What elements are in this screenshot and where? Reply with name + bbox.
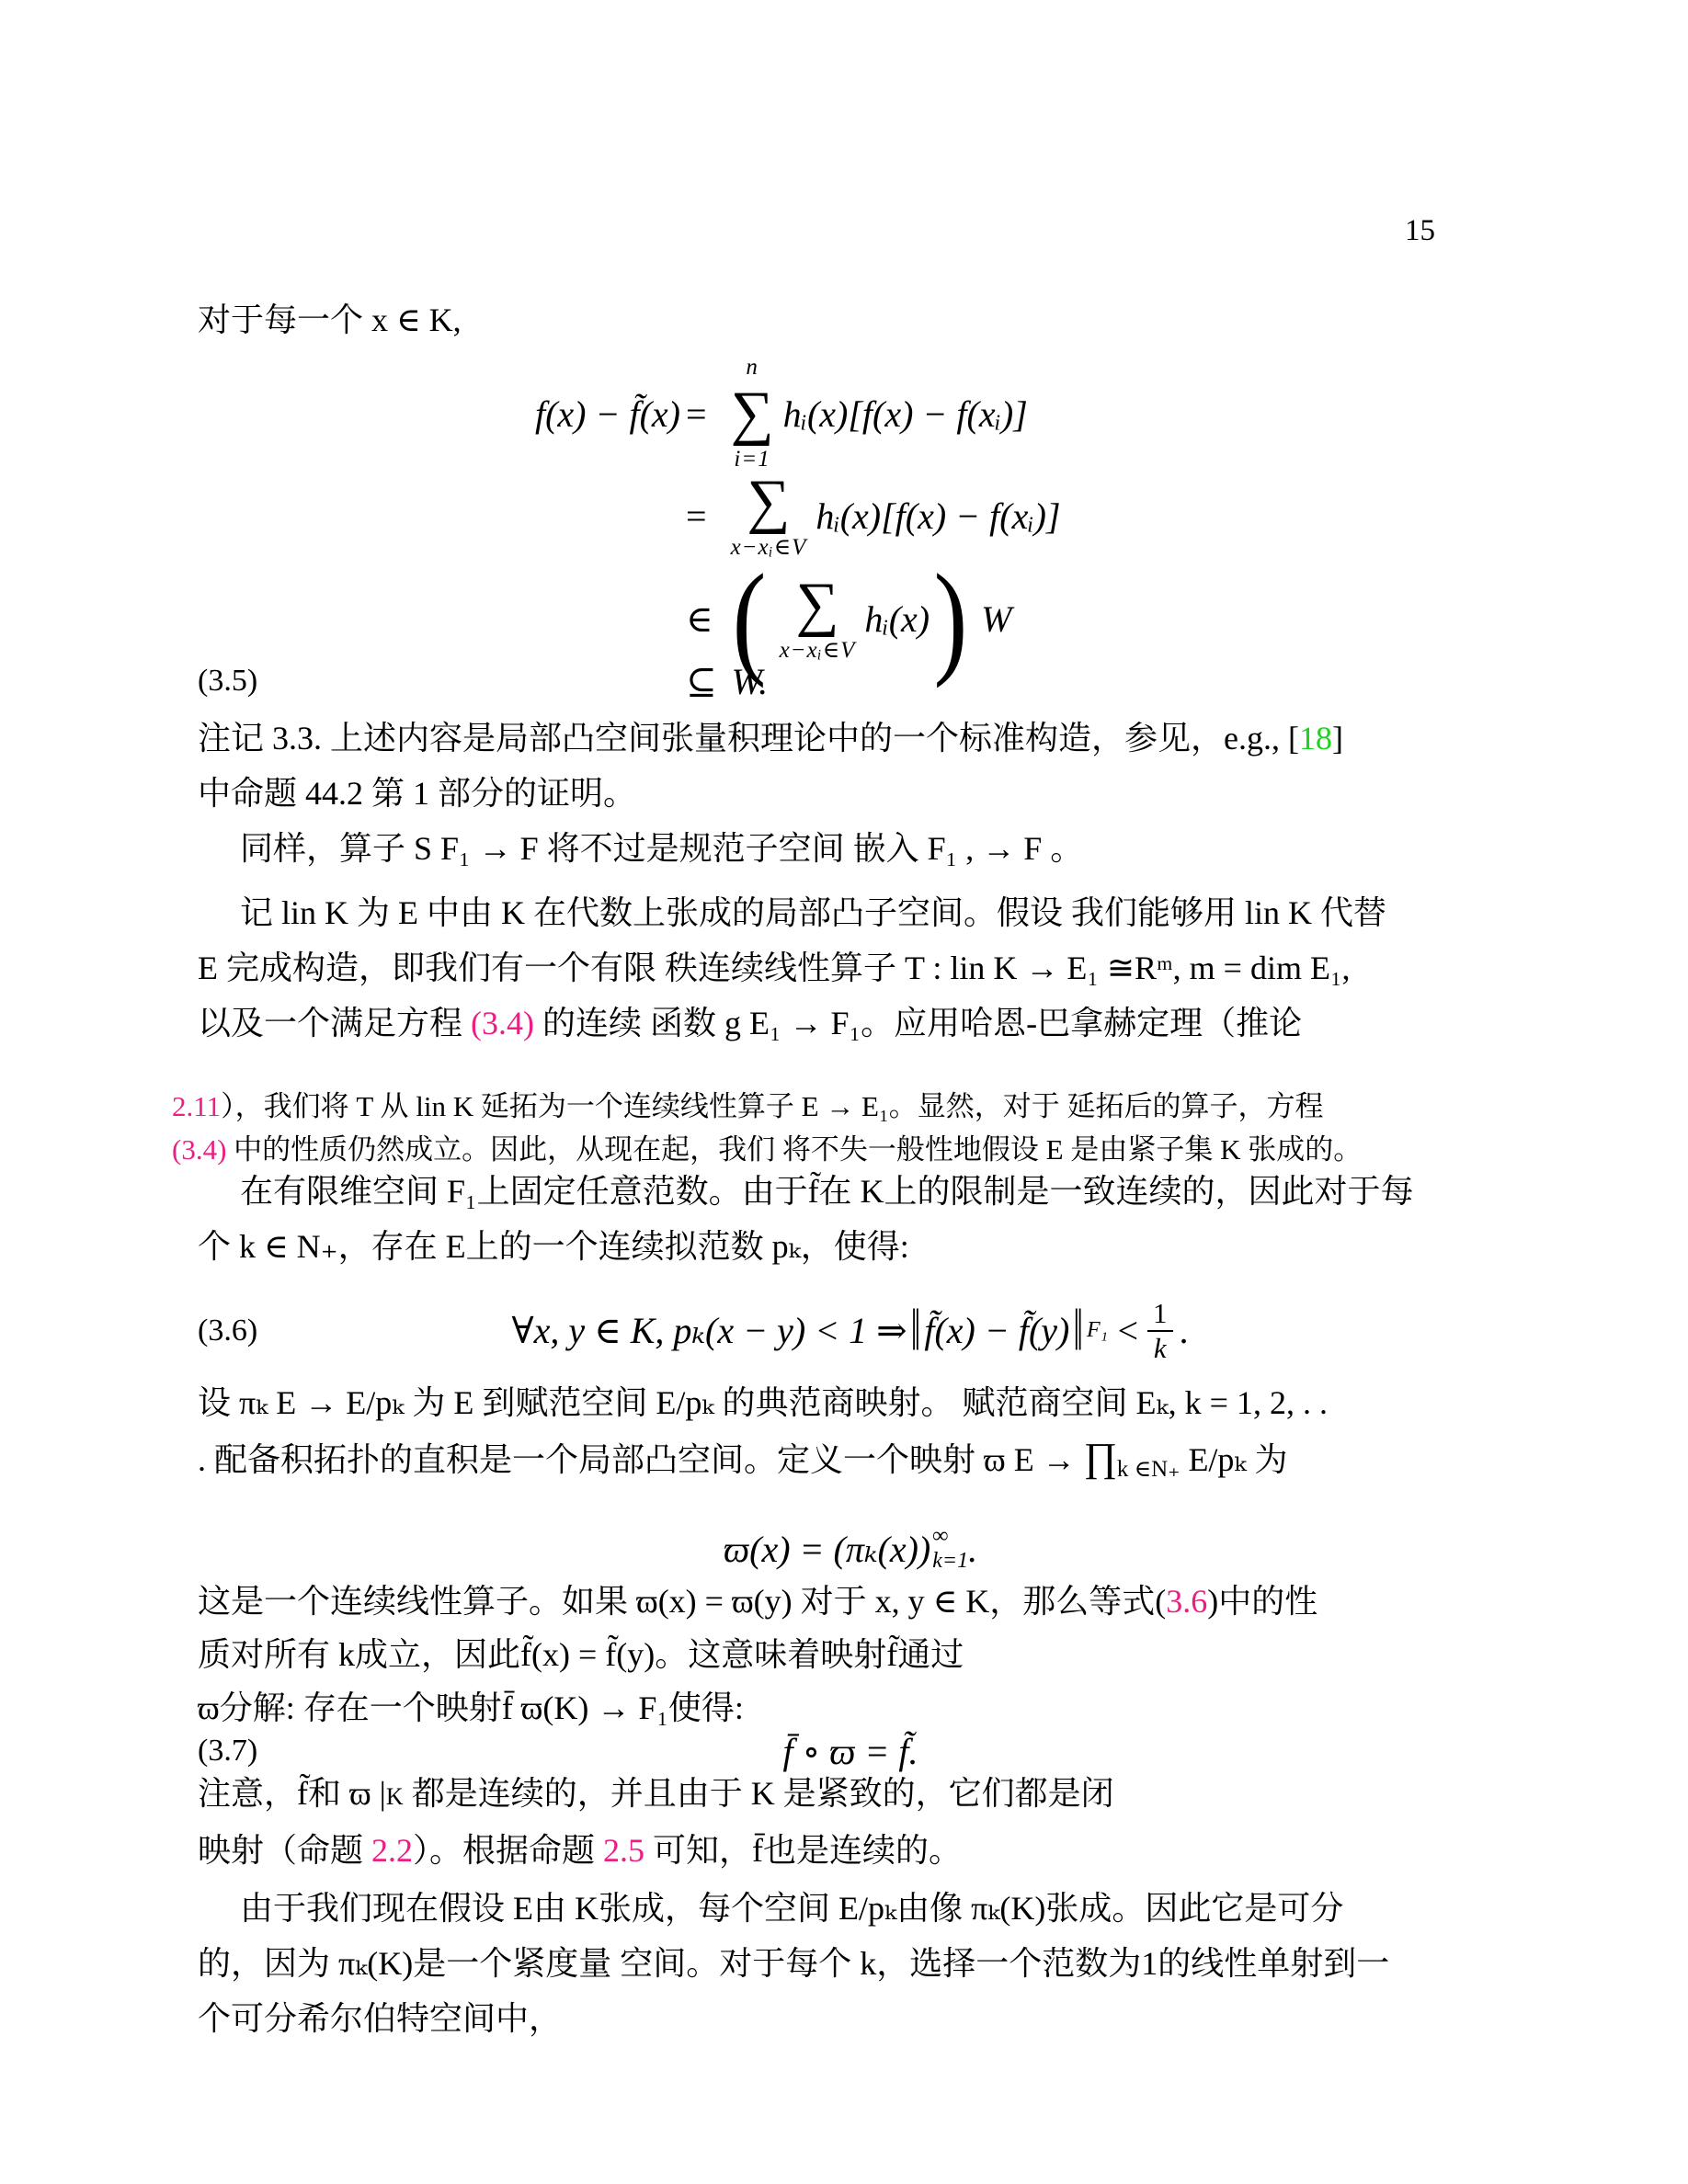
quotient-line1: 设 πₖ E → E/pₖ 为 E 到赋范空间 E/pₖ 的典范商映射。 赋范商… <box>198 1384 1328 1421</box>
fraction-1-over-k: 1 k <box>1147 1297 1173 1365</box>
sum-upper-limit: n <box>746 354 758 381</box>
eq36-period: . <box>1180 1309 1190 1352</box>
element-of-sign: ∈ <box>686 597 713 641</box>
intro-text: 对于每一个 x ∈ K, <box>198 301 462 338</box>
remark-text-2: ] <box>1332 720 1343 756</box>
same-operator-text: 同样，算子 S F₁ → F 将不过是规范子空间 嵌入 F₁ , → F 。 <box>198 821 1083 876</box>
norm-paragraph: 在有限维空间 F₁上固定任意范数。由于f̃在 K上的限制是一致连续的，因此对于每… <box>198 1164 1414 1274</box>
separable-paragraph: 由于我们现在假设 E由 K张成，每个空间 E/pₖ由像 πₖ(K)张成。因此它是… <box>198 1881 1389 2046</box>
same-operator-paragraph: 同样，算子 S F₁ → F 将不过是规范子空间 嵌入 F₁ , → F 。 <box>198 821 1083 876</box>
linK-paragraph: 记 lin K 为 E 中由 K 在代数上张成的局部凸子空间。假设 我们能够用 … <box>198 885 1386 1051</box>
product-index: k ∈N₊ <box>1117 1457 1180 1482</box>
factor-line3-text: ϖ分解: 存在一个映射f̄ ϖ(K) → F₁使得: <box>198 1689 744 1726</box>
note-line1-post: 都是连续的，并且由于 K 是紧致的，它们都是闭 <box>404 1775 1114 1812</box>
equals-sign: = <box>686 495 707 538</box>
eq36-pre: ∀x, y ∈ K, pₖ(x − y) < 1 ⇒ <box>511 1309 907 1352</box>
extension-line2-text: 中的性质仍然成立。因此，从现在起，我们 将不失一般性地假设 E 是由紧子集 K … <box>226 1133 1362 1166</box>
eq-varpi-sup: ∞ <box>932 1524 948 1549</box>
factor-line1-post: )中的性 <box>1207 1583 1317 1620</box>
eq35-line3-body: hᵢ(x) <box>864 597 930 641</box>
extension-paragraph: 2.11），我们将 T 从 lin K 延拓为一个连续线性算子 E → E₁。显… <box>172 1085 1362 1171</box>
fraction-numerator: 1 <box>1147 1297 1173 1332</box>
remark-text-3: 中命题 44.2 第 1 部分的证明。 <box>198 775 636 812</box>
norm-line2: 个 k ∈ N₊，存在 E上的一个连续拟范数 pₖ，使得: <box>198 1228 909 1265</box>
eq36-body: ∀x, y ∈ K, pₖ(x − y) < 1 ⇒ ‖ f̃(x) − f̃(… <box>198 1278 1503 1383</box>
ref-3-4-link[interactable]: (3.4) <box>471 1005 534 1041</box>
remark-text-1: 注记 3.3. 上述内容是局部凸空间张量积理论中的一个标准构造，参见，e.g.,… <box>198 720 1299 756</box>
citation-18-link[interactable]: 18 <box>1299 720 1332 756</box>
paper-page: { "page": { "number": "15" }, "colors": … <box>0 0 1688 2184</box>
linK-line3-post: 的连续 函数 g E₁ → F₁。应用哈恩-巴拿赫定理（推论 <box>534 1005 1302 1041</box>
separable-line3: 个可分希尔伯特空间中， <box>198 2000 562 2037</box>
note-line1: 注意，f̃和 ϖ |K 都是连续的，并且由于 K 是紧致的，它们都是闭 <box>198 1767 1114 1824</box>
eq-varpi-limits: ∞ k=1 <box>932 1524 968 1574</box>
eq36-norm-body: f̃(x) − f̃(y) <box>924 1309 1069 1352</box>
factor-line2-text: 质对所有 k成立，因此f̃(x) = f̃(y)。这意味着映射f̃通过 <box>198 1636 964 1673</box>
sigma-icon: ∑ <box>795 573 838 637</box>
eq35-lhs: f(x) − f̃(x) <box>515 392 680 436</box>
eq35-line4-body: W. <box>732 660 769 703</box>
norm-right-bars: ‖ <box>1073 1296 1083 1365</box>
sigma-icon: ∑ <box>747 470 790 534</box>
note-line2: 映射（命题 2.2）。根据命题 2.5 可知，f̄也是连续的。 <box>198 1824 1114 1877</box>
note-line1-pre: 注意，f̃和 ϖ | <box>198 1775 386 1812</box>
ref-2-11-link[interactable]: 2.11 <box>172 1090 221 1122</box>
eq-varpi-sub: k=1 <box>932 1549 968 1574</box>
factor-line1-pre: 这是一个连续线性算子。如果 ϖ(x) = ϖ(y) 对于 x, y ∈ K，那么… <box>198 1583 1166 1620</box>
eq35-line2-body: hᵢ(x)[f(x) − f(xᵢ)] <box>815 495 1060 538</box>
eq35-label: (3.5) <box>198 654 257 708</box>
linK-line1: 记 lin K 为 E 中由 K 在代数上张成的局部凸子空间。假设 我们能够用 … <box>198 885 1386 940</box>
factorization-paragraph: 这是一个连续线性算子。如果 ϖ(x) = ϖ(y) 对于 x, y ∈ K，那么… <box>198 1575 1317 1735</box>
subset-sign: ⊆ <box>686 660 717 703</box>
eq35-line1-body: hᵢ(x)[f(x) − f(xᵢ)] <box>783 392 1028 436</box>
note-restriction-subscript: K <box>386 1783 404 1810</box>
factorization-line2: 质对所有 k成立，因此f̃(x) = f̃(y)。这意味着映射f̃通过 <box>198 1628 1317 1681</box>
page-number: 15 <box>1405 214 1435 248</box>
product-icon: ∏ <box>1084 1435 1117 1480</box>
note-line2-post: 可知，f̄也是连续的。 <box>644 1832 962 1869</box>
quotient-line2-post: E/pₖ 为 <box>1180 1441 1287 1478</box>
norm-line1: 在有限维空间 F₁上固定任意范数。由于f̃在 K上的限制是一致连续的，因此对于每 <box>198 1164 1414 1219</box>
eq35-line3-tail: W <box>981 597 1011 641</box>
equals-sign: = <box>686 392 707 436</box>
quotient-paragraph: 设 πₖ E → E/pₖ 为 E 到赋范空间 E/pₖ 的典范商映射。 赋范商… <box>198 1375 1328 1497</box>
sum-operator: ∑ x−xᵢ∈V <box>780 573 856 665</box>
remark-paragraph: 注记 3.3. 上述内容是局部凸空间张量积理论中的一个标准构造，参见，e.g.,… <box>198 711 1343 821</box>
separable-line1: 由于我们现在假设 E由 K张成，每个空间 E/pₖ由像 πₖ(K)张成。因此它是… <box>198 1881 1343 1936</box>
note-line2-pre: 映射（命题 <box>198 1832 371 1869</box>
ref-2-2-link[interactable]: 2.2 <box>371 1832 413 1869</box>
eq-varpi-main: ϖ(x) = (πₖ(x)) <box>724 1528 930 1571</box>
eq35-line4: ⊆ W. <box>198 654 1503 708</box>
eq-varpi-period: . <box>968 1528 977 1571</box>
extension-line1: 2.11），我们将 T 从 lin K 延拓为一个连续线性算子 E → E₁。显… <box>172 1085 1362 1128</box>
norm-left-bars: ‖ <box>911 1296 921 1365</box>
note-line2-mid: ）。根据命题 <box>413 1832 603 1869</box>
ref-3-4-link[interactable]: (3.4) <box>172 1133 226 1166</box>
ref-3-6-link[interactable]: 3.6 <box>1166 1583 1207 1620</box>
quotient-line2-pre: . 配备积拓扑的直积是一个局部凸空间。定义一个映射 ϖ E → <box>198 1441 1084 1478</box>
fraction-denominator: k <box>1154 1332 1167 1365</box>
eq36-label: (3.6) <box>198 1278 257 1383</box>
extension-line1-text: ），我们将 T 从 lin K 延拓为一个连续线性算子 E → E₁。显然，对于… <box>221 1090 1323 1122</box>
linK-line2: E 完成构造，即我们有一个有限 秩连续线性算子 T : lin K → E₁ ≅… <box>198 950 1351 986</box>
separable-line2: 的，因为 πₖ(K)是一个紧度量 空间。对于每个 k，选择一个范数为1的线性单射… <box>198 1945 1389 1982</box>
equation-3-6: (3.6) ∀x, y ∈ K, pₖ(x − y) < 1 ⇒ ‖ f̃(x)… <box>198 1278 1503 1383</box>
note-paragraph: 注意，f̃和 ϖ |K 都是连续的，并且由于 K 是紧致的，它们都是闭 映射（命… <box>198 1767 1114 1877</box>
factorization-line1: 这是一个连续线性算子。如果 ϖ(x) = ϖ(y) 对于 x, y ∈ K，那么… <box>198 1575 1317 1628</box>
less-than-sign: < <box>1115 1309 1140 1352</box>
sigma-icon: ∑ <box>731 381 774 446</box>
ref-2-5-link[interactable]: 2.5 <box>603 1832 644 1869</box>
linK-line3-pre: 以及一个满足方程 <box>198 1005 471 1041</box>
eq36-norm-subscript: F₁ <box>1087 1318 1108 1343</box>
intro-line: 对于每一个 x ∈ K, <box>198 292 462 347</box>
